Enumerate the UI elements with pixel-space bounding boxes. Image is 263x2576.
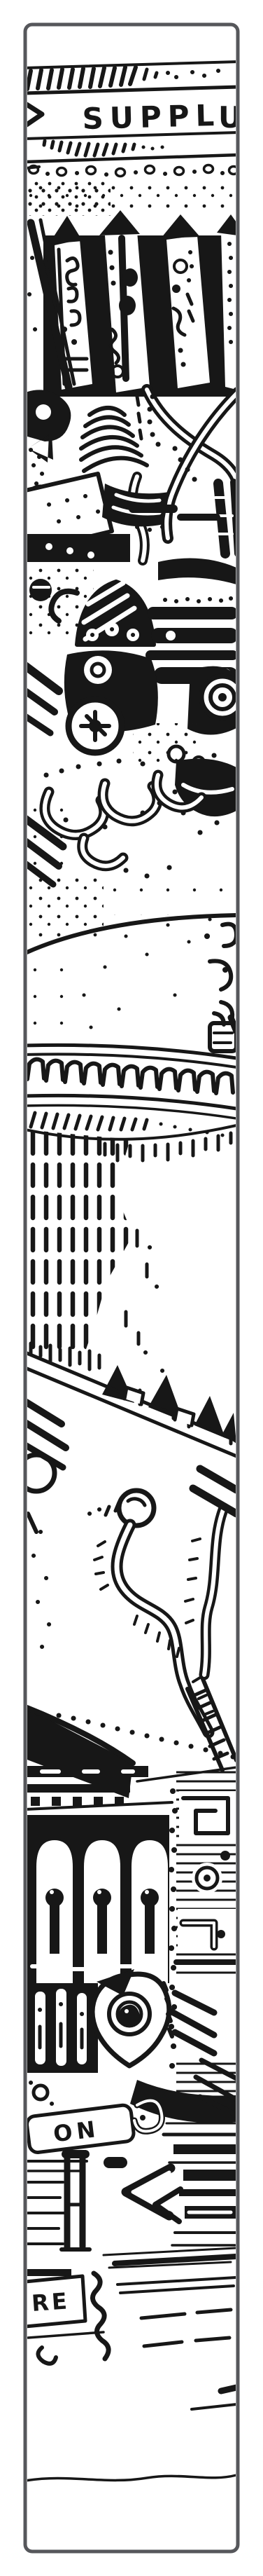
supply-label: SUPPL	[82, 98, 221, 136]
illustration-page: SUPPL U	[0, 0, 263, 2576]
stipple-band	[27, 179, 236, 216]
pipe-head-ring	[119, 1491, 154, 1526]
spoked-wheel	[69, 699, 122, 753]
re-label: RE	[31, 2287, 71, 2317]
pen-ink-artwork: SUPPL U	[0, 0, 263, 2576]
on-label: ON	[52, 2116, 101, 2148]
machine-towers	[29, 210, 238, 397]
